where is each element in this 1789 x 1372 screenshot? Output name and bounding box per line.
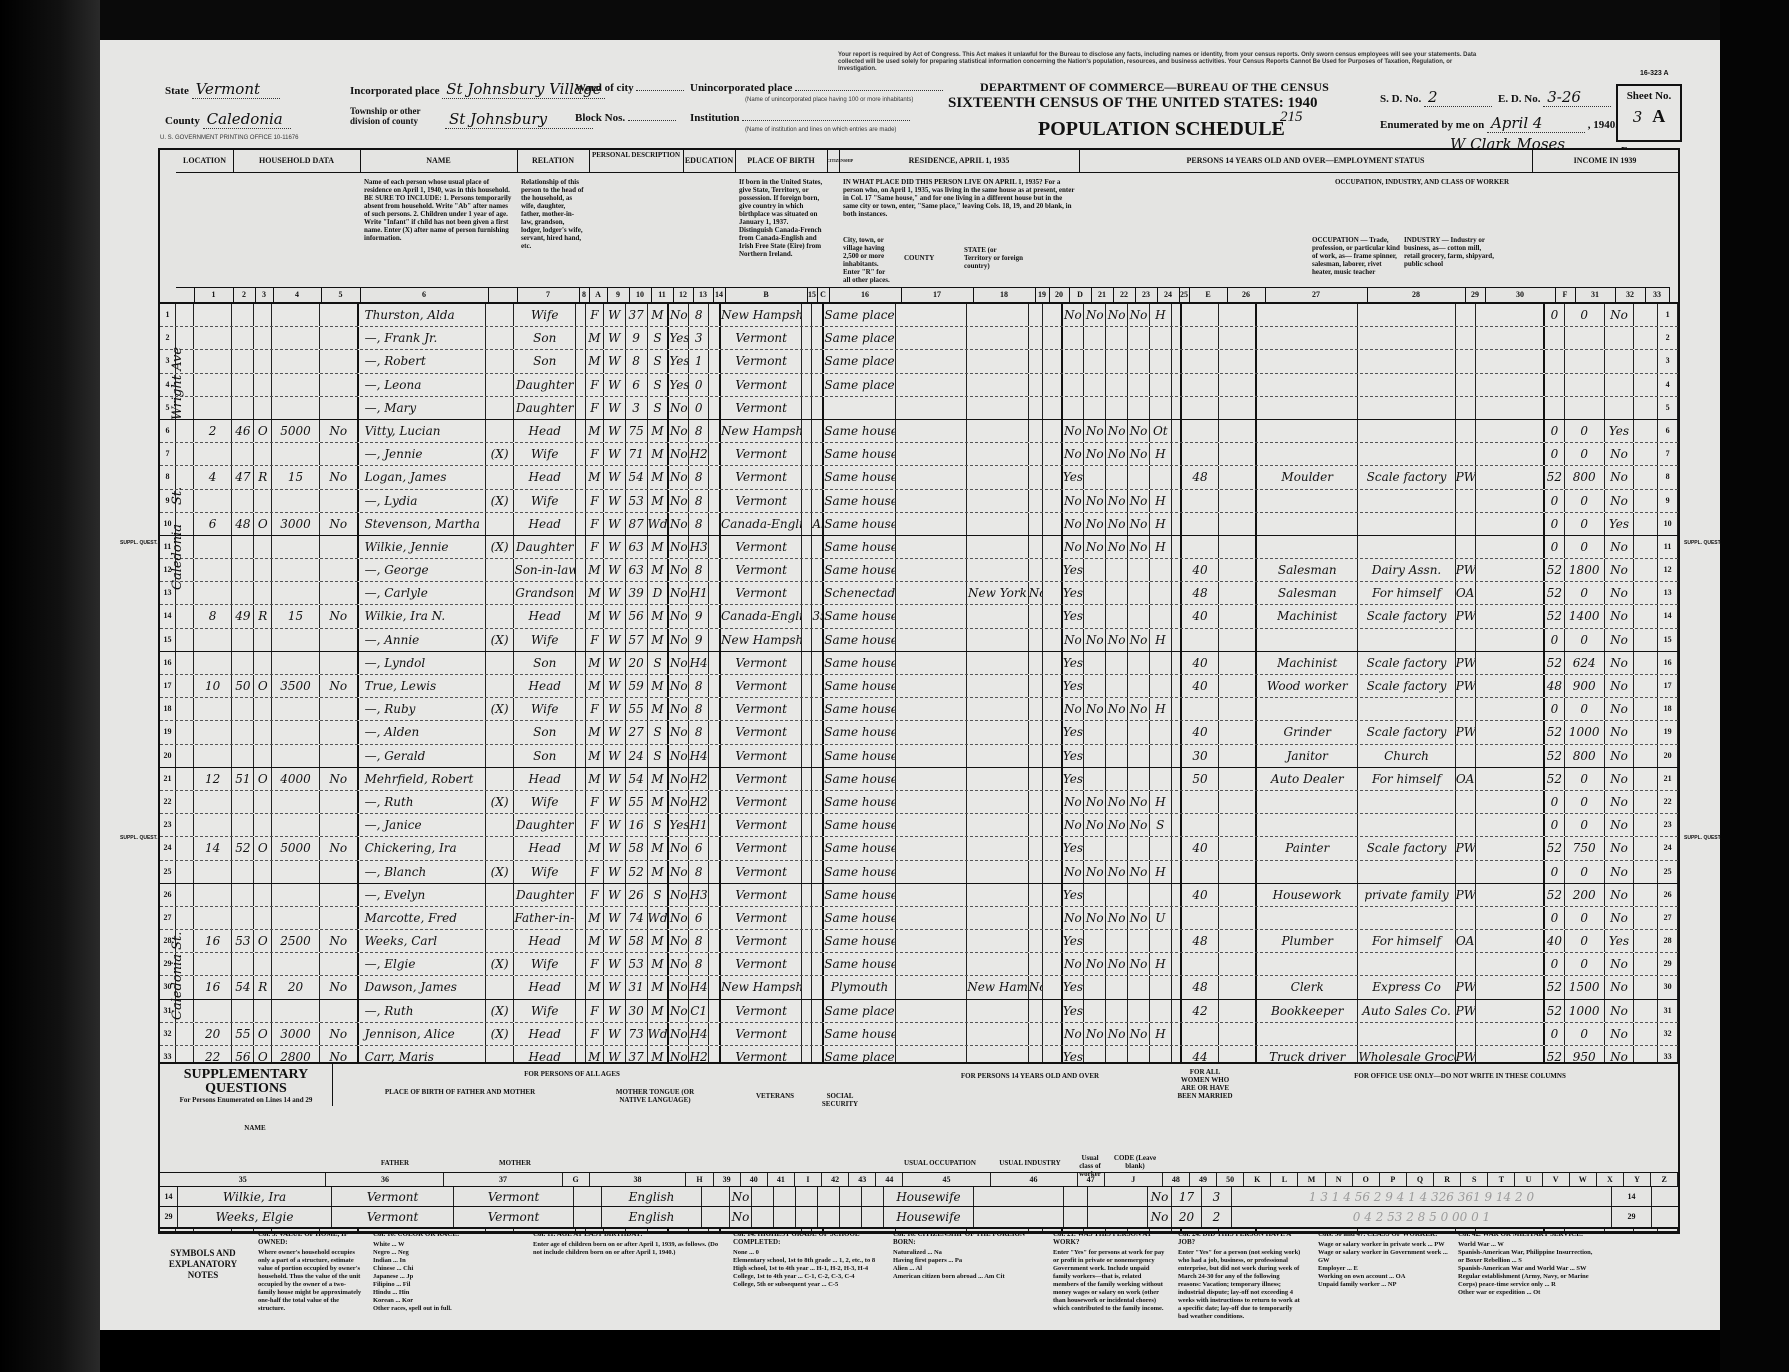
sex-cell: F	[586, 791, 604, 813]
line-cell: 21	[160, 768, 176, 790]
house-cell: 10	[194, 675, 233, 697]
line-cell: 29	[1658, 953, 1678, 975]
industry-cell	[1358, 374, 1455, 396]
code-cell	[1043, 1000, 1063, 1022]
unincorporated-note: (Name of unincorporated place having 100…	[745, 97, 913, 103]
industry-cell: For himself	[1358, 930, 1455, 952]
residence-cell: Same house	[824, 930, 895, 952]
name-cell: —, Ruby	[359, 698, 486, 720]
supp-column-number: R	[1434, 1173, 1461, 1187]
at-work-cell	[1063, 397, 1085, 419]
column-number: 5	[321, 287, 361, 302]
emerg-cell: No	[1084, 490, 1106, 512]
res-farm-cell	[1029, 814, 1043, 836]
supp-col-social: SOCIAL SECURITY	[810, 1092, 870, 1108]
class-cell	[1456, 327, 1476, 349]
marital-cell: S	[648, 327, 670, 349]
relation-cell: Daughter	[514, 374, 576, 396]
code-cell	[1043, 513, 1063, 535]
other-income-cell: No	[1605, 675, 1635, 697]
has-job-cell: No	[1128, 907, 1150, 929]
mother-cell: Vermont	[454, 1207, 574, 1227]
at-work-cell: No	[1063, 698, 1085, 720]
grade-cell: 8	[689, 490, 709, 512]
blank-cell	[840, 1207, 862, 1227]
code-cell	[1043, 466, 1063, 488]
grade-cell: H4	[689, 1023, 709, 1045]
res-farm-cell	[1029, 605, 1043, 627]
grade-cell: 0	[689, 374, 709, 396]
table-row: 23—, JaniceDaughterFW16SYesH1VermontSame…	[160, 814, 1678, 837]
hours-cell	[1182, 861, 1220, 883]
citizen-cell	[812, 953, 824, 975]
column-number: 12	[673, 287, 694, 302]
code-cell	[1634, 652, 1658, 674]
code-cell	[1172, 443, 1182, 465]
farm-cell: No	[320, 930, 359, 952]
at-work-cell	[1063, 374, 1085, 396]
citizen-cell	[812, 884, 824, 906]
code-cell	[709, 513, 721, 535]
race-cell: W	[604, 1000, 626, 1022]
residence-cell: Schenectady	[824, 582, 895, 604]
birthplace-cell: Vermont	[721, 861, 802, 883]
code-cell	[576, 791, 586, 813]
industry-cell	[1358, 629, 1455, 651]
seeking-cell	[1106, 466, 1128, 488]
marital-cell: M	[648, 629, 670, 651]
incorporated-place-field: Incorporated place St Johnsbury Village	[350, 80, 605, 99]
supp-group-office: FOR OFFICE USE ONLY—DO NOT WRITE IN THES…	[1260, 1072, 1660, 1080]
sex-cell: F	[586, 1000, 604, 1022]
class-cell	[1456, 745, 1476, 767]
name-cell: —, Ruth	[359, 1000, 486, 1022]
group-relation: RELATION	[517, 150, 590, 173]
citizen-cell	[812, 374, 824, 396]
code-cell	[1043, 420, 1063, 442]
note-item: Working on own account ... OA	[1318, 1273, 1448, 1281]
line-cell: 14	[1612, 1187, 1652, 1207]
hh-cell	[232, 884, 254, 906]
occupation-cell	[1257, 953, 1358, 975]
table-row: 1Thurston, AldaWifeFW37MNo8New Hampshire…	[160, 304, 1678, 327]
occupation-header: OCCUPATION — Trade, profession, or parti…	[1308, 232, 1406, 280]
seeking-cell: No	[1106, 513, 1128, 535]
hh-cell	[232, 629, 254, 651]
supp-column-number: 49	[1190, 1173, 1217, 1187]
supp-column-number: 41	[768, 1173, 795, 1187]
explanatory-notes: SYMBOLS AND EXPLANATORY NOTES Col. 5. VA…	[158, 1230, 1676, 1310]
value-cell: 2500	[272, 930, 320, 952]
hours-cell	[1182, 513, 1220, 535]
at-work-cell: Yes	[1063, 1000, 1085, 1022]
citizen-cell	[812, 675, 824, 697]
school-cell: No	[669, 1023, 689, 1045]
supp-column-number: 45	[903, 1173, 990, 1187]
blank-cell	[862, 1207, 884, 1227]
supp-column-number: 46	[991, 1173, 1078, 1187]
weeks-unemp-cell	[1219, 420, 1257, 442]
has-job-cell	[1128, 350, 1150, 372]
hours-cell: 40	[1182, 721, 1220, 743]
code-cell	[1043, 675, 1063, 697]
schedule-title: POPULATION SCHEDULE	[1038, 118, 1285, 141]
emerg-cell: No	[1084, 698, 1106, 720]
owned-cell	[254, 814, 272, 836]
residence-cell: Same house	[824, 791, 895, 813]
emerg-cell	[1084, 350, 1106, 372]
code-cell	[1043, 953, 1063, 975]
res-county-cell	[896, 327, 967, 349]
weeks-unemp-cell	[1219, 698, 1257, 720]
code-cell	[1634, 397, 1658, 419]
code-cell	[1476, 536, 1545, 558]
code-cell	[1634, 629, 1658, 651]
age-cell: 73	[626, 1023, 648, 1045]
weeks-unemp-cell	[1219, 814, 1257, 836]
owned-cell	[254, 953, 272, 975]
code-cell	[576, 420, 586, 442]
age-cell: 55	[626, 698, 648, 720]
res-county-cell	[896, 605, 967, 627]
at-work-cell: Yes	[1063, 675, 1085, 697]
hours-cell: 40	[1182, 559, 1220, 581]
occupation-cell: Painter	[1257, 837, 1358, 859]
weeks-unemp-cell	[1219, 976, 1257, 998]
at-work-cell	[1063, 350, 1085, 372]
code-cell	[1043, 884, 1063, 906]
owned-cell	[254, 721, 272, 743]
sex-cell: M	[586, 930, 604, 952]
code-cell	[1634, 490, 1658, 512]
weeks-cell: 48	[1545, 675, 1565, 697]
code-cell	[576, 327, 586, 349]
name-cell: Chickering, Ira	[359, 837, 486, 859]
blank-cell	[574, 1207, 602, 1227]
relation-cell: Grandson	[514, 582, 576, 604]
street-cell	[176, 698, 194, 720]
code-cell	[576, 930, 586, 952]
line-cell: 14	[160, 605, 176, 627]
activity-cell: H	[1150, 304, 1172, 326]
hours-cell	[1182, 1023, 1220, 1045]
school-cell: No	[669, 1000, 689, 1022]
code-cell	[1476, 953, 1545, 975]
married-once-cell: No	[1148, 1207, 1172, 1227]
weeks-cell: 52	[1545, 466, 1565, 488]
column-number: 18	[973, 287, 1036, 302]
activity-cell: H	[1150, 629, 1172, 651]
weeks-unemp-cell	[1219, 930, 1257, 952]
activity-cell: H	[1150, 443, 1172, 465]
race-cell: W	[604, 536, 626, 558]
informant-cell: (X)	[486, 490, 515, 512]
race-cell: W	[604, 304, 626, 326]
note-item: Filipino ... Fil	[373, 1281, 523, 1289]
age-cell: 6	[626, 374, 648, 396]
activity-cell	[1150, 397, 1172, 419]
note-item: None ... 0	[733, 1249, 883, 1257]
marital-cell: M	[648, 675, 670, 697]
code-cell	[1172, 513, 1182, 535]
industry-header: INDUSTRY — Industry or business, as— cot…	[1400, 232, 1498, 272]
note-item: Spanish-American War, Philippine Insurre…	[1458, 1249, 1598, 1265]
res-farm-cell	[1029, 745, 1043, 767]
activity-cell	[1150, 350, 1172, 372]
occupation-cell	[1257, 350, 1358, 372]
blank-cell	[702, 1187, 730, 1207]
activity-cell: H	[1150, 490, 1172, 512]
owned-cell	[254, 304, 272, 326]
code-cell	[576, 745, 586, 767]
table-row: 8447R15NoLogan, JamesHeadMW54MNo8Vermont…	[160, 466, 1678, 489]
house-cell	[194, 629, 233, 651]
sex-cell: M	[586, 745, 604, 767]
line-cell: 25	[160, 861, 176, 883]
school-cell: No	[669, 304, 689, 326]
code-cell	[802, 698, 812, 720]
age-cell: 55	[626, 791, 648, 813]
other-income-cell: No	[1605, 791, 1635, 813]
weeks-cell: 40	[1545, 930, 1565, 952]
birthplace-cell: Vermont	[721, 721, 802, 743]
owned-cell	[254, 536, 272, 558]
code-cell	[576, 629, 586, 651]
code-cell	[1043, 791, 1063, 813]
value-cell	[272, 698, 320, 720]
relation-cell: Wife	[514, 953, 576, 975]
citizen-cell	[812, 698, 824, 720]
supp-column-number: W	[1570, 1173, 1597, 1187]
wages-cell: 0	[1565, 443, 1605, 465]
industry-cell	[1358, 350, 1455, 372]
res-state-cell	[967, 420, 1029, 442]
house-cell	[194, 814, 233, 836]
res-farm-cell	[1029, 907, 1043, 929]
farm-cell	[320, 721, 359, 743]
res-farm-cell	[1029, 420, 1043, 442]
note-item: Spanish-American War and World War ... S…	[1458, 1265, 1598, 1273]
supp-col-name: NAME	[190, 1124, 320, 1132]
weeks-cell	[1545, 397, 1565, 419]
school-cell: No	[669, 698, 689, 720]
occupation-cell: Grinder	[1257, 721, 1358, 743]
street-cell	[176, 443, 194, 465]
owned-cell: O	[254, 420, 272, 442]
hours-cell: 30	[1182, 745, 1220, 767]
industry-cell	[1358, 443, 1455, 465]
school-cell: Yes	[669, 327, 689, 349]
marital-cell: M	[648, 791, 670, 813]
school-cell: No	[669, 420, 689, 442]
supp-column-number: 38	[590, 1173, 687, 1187]
marital-cell: Wd	[648, 513, 670, 535]
emerg-cell	[1084, 675, 1106, 697]
blank-cell	[862, 1187, 884, 1207]
county-field: County Caledonia	[165, 110, 291, 129]
occupation-cell: Salesman	[1257, 582, 1358, 604]
hh-cell	[232, 1000, 254, 1022]
race-cell: W	[604, 513, 626, 535]
supp-col-veterans: VETERANS	[730, 1092, 820, 1100]
code-cell	[1634, 745, 1658, 767]
house-cell	[194, 1000, 233, 1022]
other-income-cell: No	[1605, 443, 1635, 465]
residence-cell: Same house	[824, 513, 895, 535]
married-once-cell: No	[1148, 1187, 1172, 1207]
informant-cell: (X)	[486, 698, 515, 720]
residence-cell: Same house	[824, 698, 895, 720]
informant-cell	[486, 513, 515, 535]
column-number: 3	[255, 287, 274, 302]
note-item: Wage or salary worker in private work ..…	[1318, 1241, 1448, 1249]
citizen-cell	[812, 814, 824, 836]
marital-cell: M	[648, 768, 670, 790]
code-cell	[1172, 837, 1182, 859]
code-cell	[1043, 652, 1063, 674]
supp-column-number: V	[1543, 1173, 1570, 1187]
census-title: SIXTEENTH CENSUS OF THE UNITED STATES: 1…	[948, 95, 1318, 112]
weeks-unemp-cell	[1219, 513, 1257, 535]
table-row: 11Wilkie, Jennie(X)DaughterFW63MNoH3Verm…	[160, 536, 1678, 559]
marital-cell: M	[648, 930, 670, 952]
farm-cell: No	[320, 675, 359, 697]
weeks-cell: 0	[1545, 953, 1565, 975]
res-state-cell	[967, 884, 1029, 906]
wages-cell: 750	[1565, 837, 1605, 859]
age-cell: 52	[626, 861, 648, 883]
emerg-cell: No	[1084, 953, 1106, 975]
grade-cell: H2	[689, 768, 709, 790]
at-work-cell: Yes	[1063, 884, 1085, 906]
birthplace-cell: Vermont	[721, 698, 802, 720]
code-cell	[709, 884, 721, 906]
other-income-cell	[1605, 327, 1635, 349]
column-number: 28	[1367, 287, 1466, 302]
code-cell	[1043, 768, 1063, 790]
note-item: Regular establishment (Army, Navy, or Ma…	[1458, 1273, 1598, 1289]
house-cell	[194, 861, 233, 883]
code-cell	[802, 420, 812, 442]
symbols-title: SYMBOLS AND EXPLANATORY NOTES	[158, 1248, 248, 1281]
value-cell: 15	[272, 605, 320, 627]
code-cell	[1476, 976, 1545, 998]
res-farm-cell	[1029, 652, 1043, 674]
class-cell: PW	[1456, 652, 1476, 674]
name-cell: —, Robert	[359, 350, 486, 372]
note-item: Alien ... Al	[893, 1265, 1043, 1273]
code-cell	[1172, 466, 1182, 488]
hh-cell: 54	[232, 976, 254, 998]
weeks-unemp-cell	[1219, 652, 1257, 674]
citizen-cell	[812, 536, 824, 558]
res-state-cell	[967, 930, 1029, 952]
industry-cell	[1358, 861, 1455, 883]
township-value: St Johnsbury	[445, 110, 593, 129]
sex-cell: F	[586, 629, 604, 651]
citizen-cell	[812, 559, 824, 581]
hh-cell	[232, 745, 254, 767]
emerg-cell: No	[1084, 861, 1106, 883]
code-cell	[576, 652, 586, 674]
res-state-cell	[967, 1000, 1029, 1022]
res-county-cell	[896, 861, 967, 883]
code-cell	[1172, 397, 1182, 419]
hh-cell	[232, 327, 254, 349]
column-number: D	[1069, 287, 1092, 302]
weeks-cell: 52	[1545, 768, 1565, 790]
code-cell	[709, 837, 721, 859]
at-work-cell: No	[1063, 953, 1085, 975]
other-income-cell: No	[1605, 652, 1635, 674]
res-farm-cell	[1029, 374, 1043, 396]
column-number: 10	[629, 287, 652, 302]
residence-cell: Same place	[824, 374, 895, 396]
margin-street-caledonia: Caledonia	[170, 524, 185, 590]
age-cell: 71	[626, 443, 648, 465]
relation-cell: Head	[514, 768, 576, 790]
note-col30: Cols. 30 and 47. CLASS OF WORKER: Wage o…	[1318, 1230, 1448, 1289]
code-cell	[1476, 930, 1545, 952]
school-cell: No	[669, 629, 689, 651]
hh-cell: 50	[232, 675, 254, 697]
activity-cell: U	[1150, 907, 1172, 929]
has-job-cell	[1128, 397, 1150, 419]
occupation-cell: Housework	[1257, 884, 1358, 906]
res-state-cell	[967, 814, 1029, 836]
house-cell	[194, 907, 233, 929]
wages-cell: 0	[1565, 513, 1605, 535]
code-cell	[1634, 907, 1658, 929]
code-cell	[1043, 559, 1063, 581]
table-row: 2—, Frank Jr.SonMW9SYes3VermontSame plac…	[160, 327, 1678, 350]
residence-cell: Same house	[824, 466, 895, 488]
school-cell: No	[669, 559, 689, 581]
birthplace-cell: Vermont	[721, 536, 802, 558]
code-cell	[1634, 304, 1658, 326]
birthplace-cell: Vermont	[721, 397, 802, 419]
sex-cell: F	[586, 374, 604, 396]
supp-column-number: 36	[326, 1173, 444, 1187]
seeking-cell: No	[1106, 907, 1128, 929]
line-cell: 3	[1658, 350, 1678, 372]
ward-value	[636, 90, 684, 91]
code-cell	[802, 930, 812, 952]
res-county-cell	[896, 768, 967, 790]
code-cell	[1172, 1023, 1182, 1045]
at-work-cell: No	[1063, 443, 1085, 465]
name-cell: Weeks, Carl	[359, 930, 486, 952]
farm-cell	[320, 745, 359, 767]
table-row: 281653O2500NoWeeks, CarlHeadMW58MNo8Verm…	[160, 930, 1678, 953]
code-cell	[802, 976, 812, 998]
code-cell	[576, 814, 586, 836]
activity-cell: H	[1150, 513, 1172, 535]
code-cell	[576, 443, 586, 465]
birthplace-cell: New Hampshire	[721, 976, 802, 998]
relation-cell: Son	[514, 350, 576, 372]
citizen-cell	[812, 1000, 824, 1022]
industry-cell: Scale factory	[1358, 837, 1455, 859]
code-cell	[802, 304, 812, 326]
street-cell	[176, 721, 194, 743]
informant-cell: (X)	[486, 861, 515, 883]
school-cell: No	[669, 652, 689, 674]
relation-cell: Head	[514, 420, 576, 442]
at-work-cell: No	[1063, 420, 1085, 442]
supp-col-parents: PLACE OF BIRTH OF FATHER AND MOTHER	[335, 1088, 585, 1096]
value-cell: 3500	[272, 675, 320, 697]
